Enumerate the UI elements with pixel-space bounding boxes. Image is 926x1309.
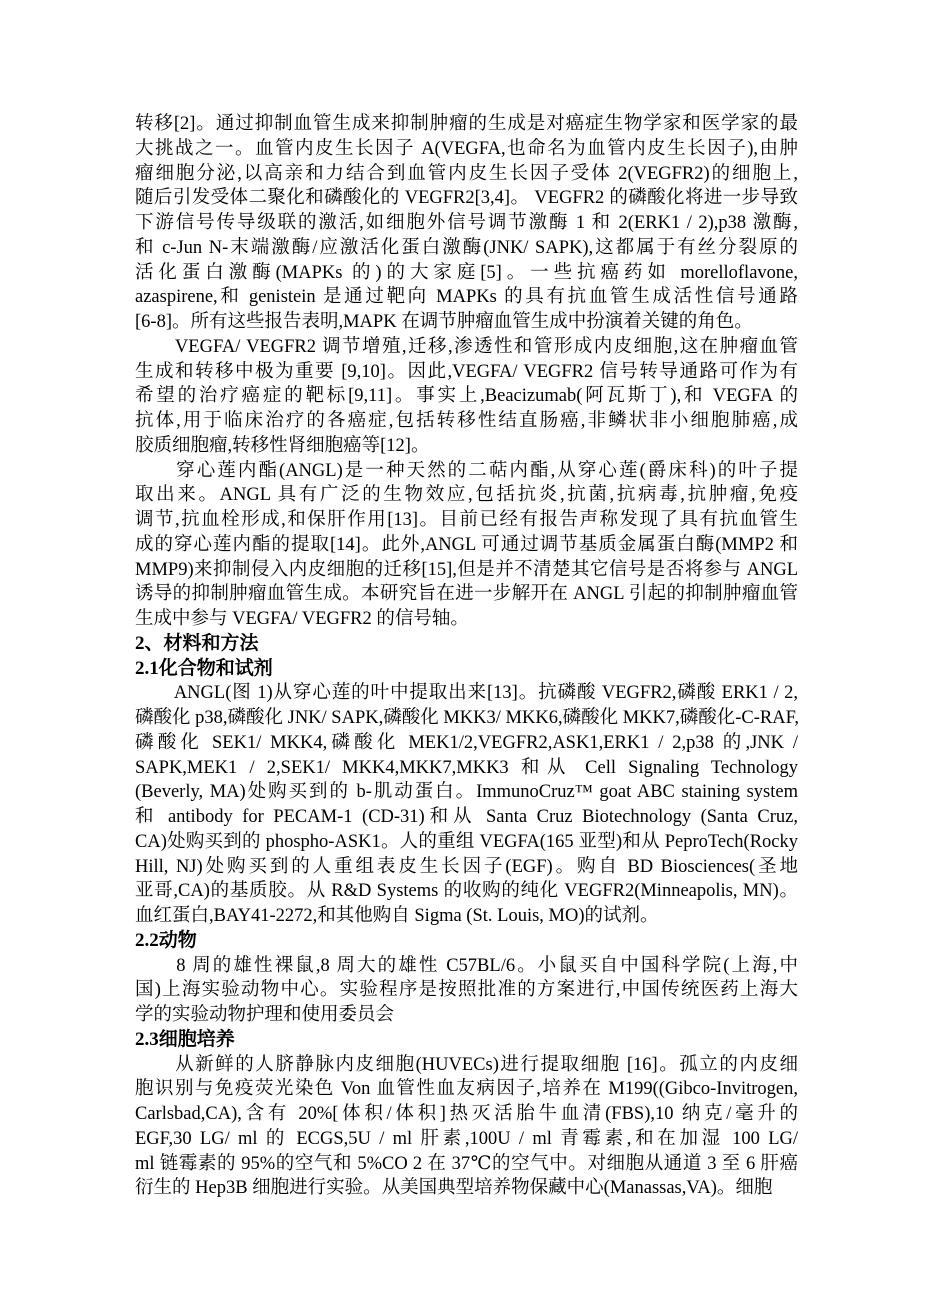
text-line: 取出来。ANGL 具有广泛的生物效应,包括抗炎,抗菌,抗病毒,抗肿瘤,免疫 [135, 483, 798, 508]
text-line: azaspirene,和 genistein 是通过靶向 MAPKs 的具有抗血… [135, 285, 798, 310]
text-line: 和 c-Jun N-末端激酶/应激活化蛋白激酶(JNK/ SAPK),这都属于有… [135, 236, 798, 261]
paragraph: 穿心莲内酯(ANGL)是一种天然的二萜内酯,从穿心莲(爵床科)的叶子提取出来。A… [135, 459, 798, 632]
text-line: [6-8]。所有这些报告表明,MAPK 在调节肿瘤血管生成中扮演着关键的角色。 [135, 310, 798, 335]
text-line: 转移[2]。通过抑制血管生成来抑制肿瘤的生成是对癌症生物学家和医学家的最 [135, 112, 798, 137]
text-line: Carlsbad,CA),含有 20%[体积/体积]热灭活胎牛血清(FBS),1… [135, 1102, 798, 1127]
text-line: 成的穿心莲内酯的提取[14]。此外,ANGL 可通过调节基质金属蛋白酶(MMP2… [135, 533, 798, 558]
text-line: 国)上海实验动物中心。实验程序是按照批准的方案进行,中国传统医药上海大 [135, 978, 798, 1003]
text-line: 胞识别与免疫荧光染色 Von 血管性血友病因子,培养在 M199((Gibco-… [135, 1077, 798, 1102]
text-line: 亚哥,CA)的基质胶。从 R&D Systems 的收购的纯化 VEGFR2(M… [135, 879, 798, 904]
text-line: 调节,抗血栓形成,和保肝作用[13]。目前已经有报告声称发现了具有抗血管生 [135, 508, 798, 533]
text-line: 大挑战之一。血管内皮生长因子 A(VEGFA,也命名为血管内皮生长因子),由肿 [135, 137, 798, 162]
text-line: CA)处购买到的 phospho-ASK1。人的重组 VEGFA(165 亚型)… [135, 830, 798, 855]
text-line: ANGL(图 1)从穿心莲的叶中提取出来[13]。抗磷酸 VEGFR2,磷酸 E… [135, 681, 798, 706]
text-line: 穿心莲内酯(ANGL)是一种天然的二萜内酯,从穿心莲(爵床科)的叶子提 [135, 459, 798, 484]
section-heading: 2.2动物 [135, 929, 798, 954]
paragraph: VEGFA/ VEGFR2 调节增殖,迁移,渗透性和管形成内皮细胞,这在肿瘤血管… [135, 335, 798, 459]
text-line: 生成中参与 VEGFA/ VEGFR2 的信号轴。 [135, 607, 798, 632]
paragraph: ANGL(图 1)从穿心莲的叶中提取出来[13]。抗磷酸 VEGFR2,磷酸 E… [135, 681, 798, 929]
text-line: ml 链霉素的 95%的空气和 5%CO 2 在 37℃的空气中。对细胞从通道 … [135, 1152, 798, 1177]
text-line: 瘤细胞分泌,以高亲和力结合到血管内皮生长因子受体 2(VEGFR2)的细胞上, [135, 162, 798, 187]
document-page: 转移[2]。通过抑制血管生成来抑制肿瘤的生成是对癌症生物学家和医学家的最大挑战之… [0, 0, 926, 1309]
text-line: (Beverly, MA)处购买到的 b-肌动蛋白。ImmunoCruz™ go… [135, 780, 798, 805]
text-line: 希望的治疗癌症的靶标[9,11]。事实上,Beacizumab(阿瓦斯丁),和 … [135, 384, 798, 409]
text-line: 磷酸化 p38,磷酸化 JNK/ SAPK,磷酸化 MKK3/ MKK6,磷酸化… [135, 706, 798, 731]
section-heading: 2.1化合物和试剂 [135, 657, 798, 682]
text-line: 血红蛋白,BAY41-2272,和其他购自 Sigma (St. Louis, … [135, 904, 798, 929]
text-line: 活化蛋白激酶(MAPKs 的)的大家庭[5]。一些抗癌药如 morellofla… [135, 261, 798, 286]
text-line: MMP9)来抑制侵入内皮细胞的迁移[15],但是并不清楚其它信号是否将参与 AN… [135, 558, 798, 583]
text-line: 8 周的雄性裸鼠,8 周大的雄性 C57BL/6。小鼠买自中国科学院(上海,中 [135, 954, 798, 979]
text-line: VEGFA/ VEGFR2 调节增殖,迁移,渗透性和管形成内皮细胞,这在肿瘤血管 [135, 335, 798, 360]
document-content: 转移[2]。通过抑制血管生成来抑制肿瘤的生成是对癌症生物学家和医学家的最大挑战之… [135, 112, 798, 1201]
text-line: 生成和转移中极为重要 [9,10]。因此,VEGFA/ VEGFR2 信号转导通… [135, 360, 798, 385]
section-heading: 2、材料和方法 [135, 632, 798, 657]
paragraph: 转移[2]。通过抑制血管生成来抑制肿瘤的生成是对癌症生物学家和医学家的最大挑战之… [135, 112, 798, 335]
section-heading: 2.3细胞培养 [135, 1028, 798, 1053]
text-line: 和 antibody for PECAM-1 (CD-31)和从 Santa C… [135, 805, 798, 830]
paragraph: 从新鲜的人脐静脉内皮细胞(HUVECs)进行提取细胞 [16]。孤立的内皮细胞识… [135, 1053, 798, 1202]
text-line: 衍生的 Hep3B 细胞进行实验。从美国典型培养物保藏中心(Manassas,V… [135, 1176, 798, 1201]
text-line: 学的实验动物护理和使用委员会 [135, 1003, 798, 1028]
text-line: 胶质细胞瘤,转移性肾细胞癌等[12]。 [135, 434, 798, 459]
text-line: 抗体,用于临床治疗的各癌症,包括转移性结直肠癌,非鳞状非小细胞肺癌,成 [135, 409, 798, 434]
text-line: 磷酸化 SEK1/ MKK4,磷酸化 MEK1/2,VEGFR2,ASK1,ER… [135, 731, 798, 756]
text-line: 从新鲜的人脐静脉内皮细胞(HUVECs)进行提取细胞 [16]。孤立的内皮细 [135, 1053, 798, 1078]
text-line: EGF,30 LG/ ml 的 ECGS,5U / ml 肝素,100U / m… [135, 1127, 798, 1152]
text-line: SAPK,MEK1 / 2,SEK1/ MKK4,MKK7,MKK3 和从 Ce… [135, 756, 798, 781]
paragraph: 8 周的雄性裸鼠,8 周大的雄性 C57BL/6。小鼠买自中国科学院(上海,中国… [135, 954, 798, 1028]
text-line: 随后引发受体二聚化和磷酸化的 VEGFR2[3,4]。 VEGFR2 的磷酸化将… [135, 186, 798, 211]
text-line: Hill, NJ)处购买到的人重组表皮生长因子(EGF)。购自 BD Biosc… [135, 855, 798, 880]
text-line: 诱导的抑制肿瘤血管生成。本研究旨在进一步解开在 ANGL 引起的抑制肿瘤血管 [135, 582, 798, 607]
text-line: 下游信号传导级联的激活,如细胞外信号调节激酶 1 和 2(ERK1 / 2),p… [135, 211, 798, 236]
